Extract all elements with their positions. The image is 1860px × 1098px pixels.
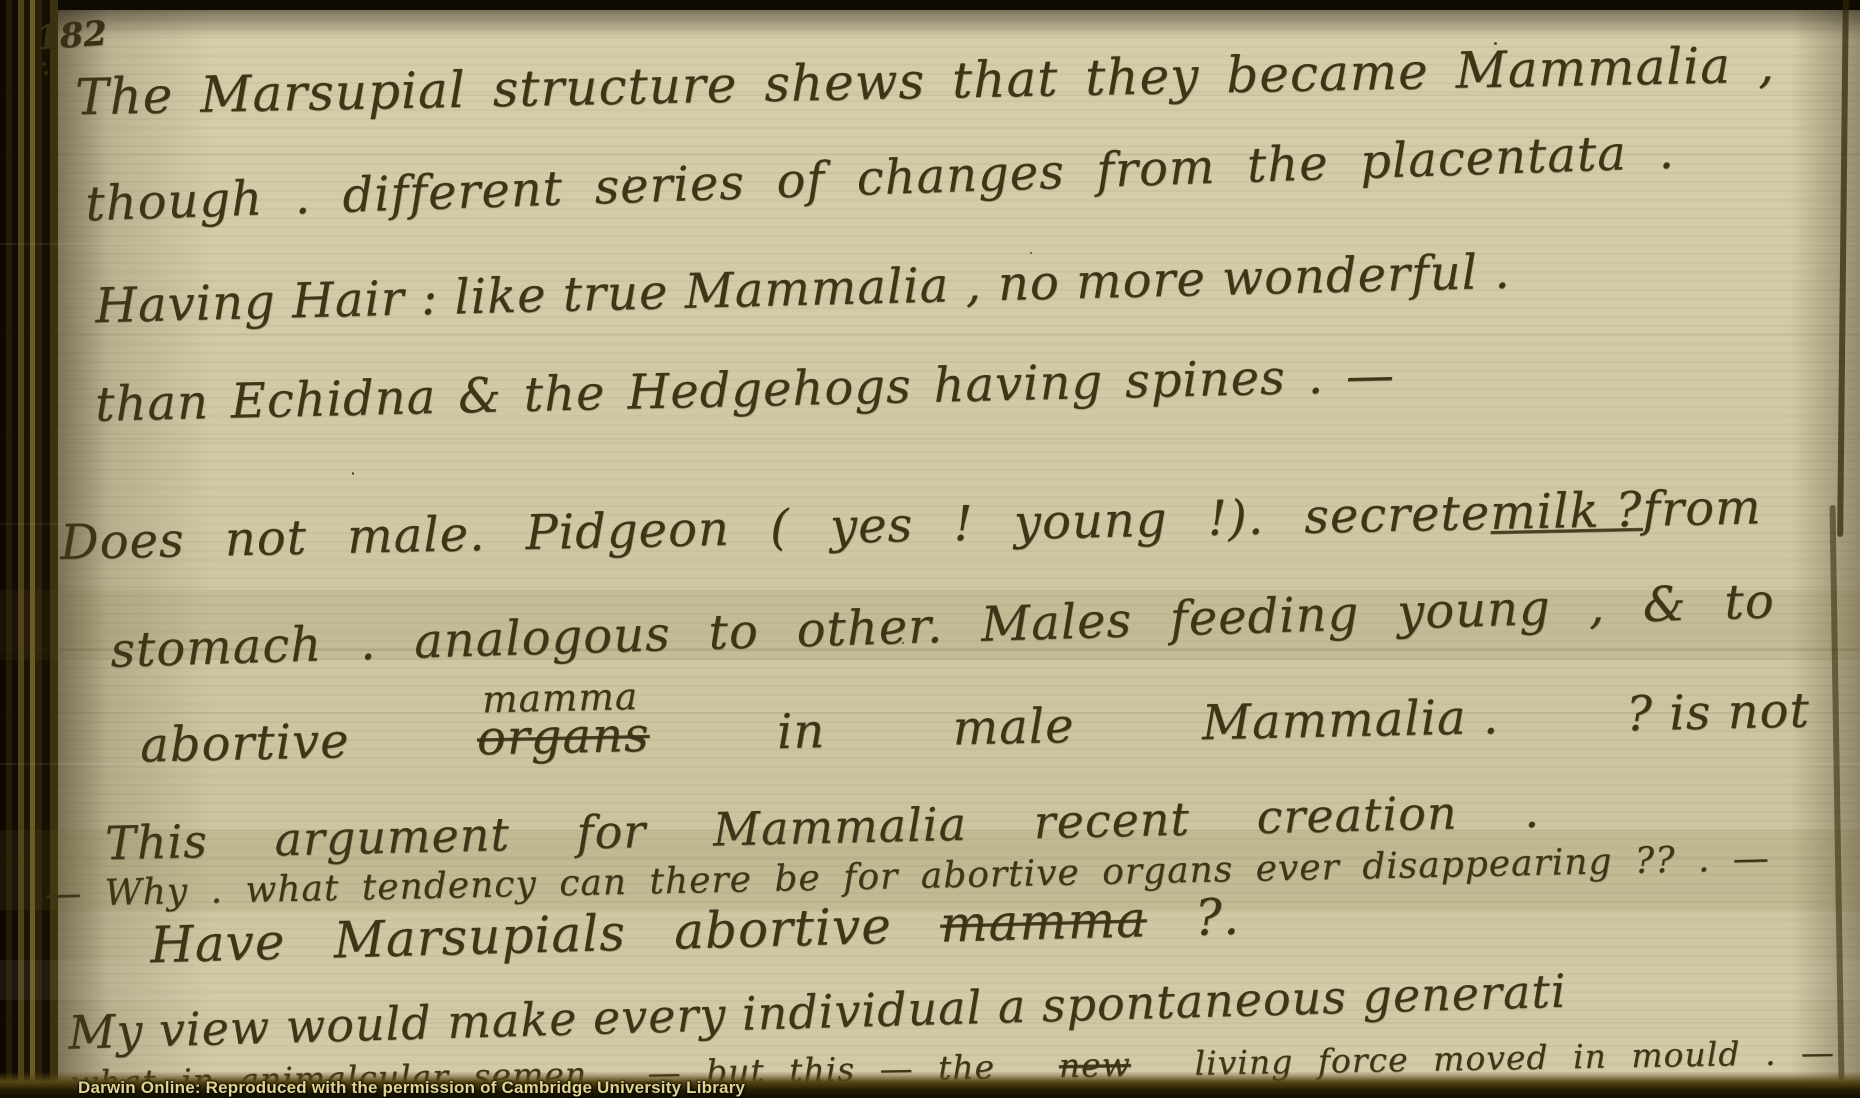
underlined-word: milk ? [1490, 482, 1643, 541]
book-binding [0, 0, 58, 1098]
ink-speck [352, 472, 354, 475]
struck-word: mamma [939, 890, 1147, 953]
line7-word: male [952, 698, 1075, 757]
paper-streak [0, 243, 1860, 245]
copyright-watermark: Darwin Online: Reproduced with the permi… [78, 1078, 745, 1098]
inserted-word: mamma [482, 674, 639, 721]
page-number-dots [42, 62, 46, 66]
line5-part: from [1642, 479, 1762, 537]
line7-word: Mammalia . [1201, 689, 1499, 751]
corrected-word: mamma organs [476, 707, 650, 767]
page-number: 182 [35, 14, 109, 59]
line10-word: Have [149, 913, 286, 975]
paper-streak [0, 333, 1860, 335]
paper-streak [0, 438, 1860, 440]
line10-word: Marsupials [333, 904, 627, 970]
line7-word: in [776, 703, 825, 760]
line10-word: abortive [673, 897, 892, 961]
line7-word: ? is not [1626, 683, 1810, 743]
ink-speck [1030, 252, 1032, 254]
line10-word: ?. [1194, 888, 1240, 947]
manuscript-scan: 182 The Marsupial structure shews that t… [0, 0, 1860, 1098]
line7-word: abortive [140, 713, 350, 773]
